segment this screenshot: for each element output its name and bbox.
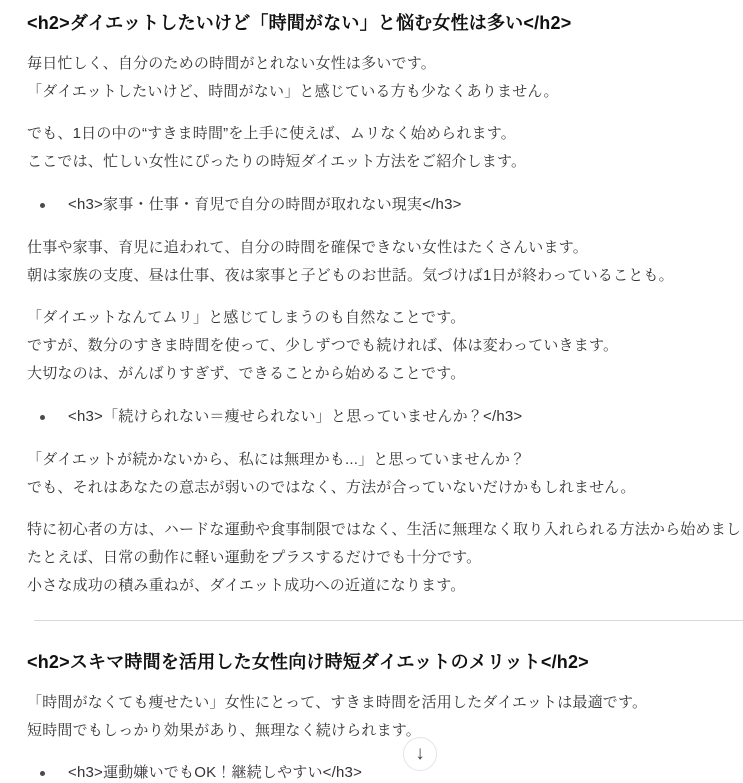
text-line: 「ダイエットなんてムリ」と感じてしまうのも自然なことです。 bbox=[27, 304, 715, 332]
paragraph: 「時間がなくても痩せたい」女性にとって、すきま時間を活用したダイエットは最適です… bbox=[27, 689, 715, 745]
text-line: 短時間でもしっかり効果があり、無理なく続けられます。 bbox=[27, 717, 715, 745]
h3-bullet-item: <h3>「続けられない＝痩せられない」と思っていませんか？</h3> bbox=[27, 403, 715, 431]
down-arrow-icon: ↓ bbox=[415, 744, 425, 763]
text-line: 小さな成功の積み重ねが、ダイエット成功への近道になります。 bbox=[27, 572, 715, 600]
section-divider bbox=[34, 620, 743, 621]
text-line: 朝は家族の支度、昼は仕事、夜は家事と子どものお世話。気づけば1日が終わっているこ… bbox=[27, 262, 715, 290]
text-line: たとえば、日常の動作に軽い運動をプラスするだけでも十分です。 bbox=[27, 544, 715, 572]
text-line: 「ダイエットしたいけど、時間がない」と感じている方も少なくありません。 bbox=[27, 78, 715, 106]
paragraph: 仕事や家事、育児に追われて、自分の時間を確保できない女性はたくさんいます。 朝は… bbox=[27, 234, 715, 290]
text-line: 「時間がなくても痩せたい」女性にとって、すきま時間を活用したダイエットは最適です… bbox=[27, 689, 715, 717]
h3-bullet-list: <h3>運動嫌いでもOK！継続しやすい</h3> bbox=[27, 759, 715, 783]
h3-bullet-list: <h3>家事・仕事・育児で自分の時間が取れない現実</h3> bbox=[27, 191, 715, 219]
article-document: <h2>ダイエットしたいけど「時間がない」と悩む女性は多い</h2> 毎日忙しく… bbox=[0, 0, 743, 783]
h3-bullet-item: <h3>運動嫌いでもOK！継続しやすい</h3> bbox=[27, 759, 715, 783]
section-heading-1: <h2>ダイエットしたいけど「時間がない」と悩む女性は多い</h2> bbox=[27, 10, 715, 36]
text-line: 毎日忙しく、自分のための時間がとれない女性は多いです。 bbox=[27, 50, 715, 78]
text-line: ここでは、忙しい女性にぴったりの時短ダイエット方法をご紹介します。 bbox=[27, 148, 715, 176]
h3-bullet-list: <h3>「続けられない＝痩せられない」と思っていませんか？</h3> bbox=[27, 403, 715, 431]
text-line: 大切なのは、がんばりすぎず、できることから始めることです。 bbox=[27, 360, 715, 388]
scroll-down-button[interactable]: ↓ bbox=[403, 737, 437, 771]
paragraph: 特に初心者の方は、ハードな運動や食事制限ではなく、生活に無理なく取り入れられる方… bbox=[27, 516, 715, 600]
h3-bullet-item: <h3>家事・仕事・育児で自分の時間が取れない現実</h3> bbox=[27, 191, 715, 219]
text-line: 特に初心者の方は、ハードな運動や食事制限ではなく、生活に無理なく取り入れられる方… bbox=[27, 516, 715, 544]
paragraph: でも、1日の中の“すきま時間”を上手に使えば、ムリなく始められます。 ここでは、… bbox=[27, 120, 715, 176]
paragraph: 「ダイエットが続かないから、私には無理かも...」と思っていませんか？ でも、そ… bbox=[27, 446, 715, 502]
paragraph: 毎日忙しく、自分のための時間がとれない女性は多いです。 「ダイエットしたいけど、… bbox=[27, 50, 715, 106]
text-line: ですが、数分のすきま時間を使って、少しずつでも続ければ、体は変わっていきます。 bbox=[27, 332, 715, 360]
text-line: 「ダイエットが続かないから、私には無理かも...」と思っていませんか？ bbox=[27, 446, 715, 474]
section-heading-2: <h2>スキマ時間を活用した女性向け時短ダイエットのメリット</h2> bbox=[27, 649, 715, 675]
paragraph: 「ダイエットなんてムリ」と感じてしまうのも自然なことです。 ですが、数分のすきま… bbox=[27, 304, 715, 388]
text-line: でも、1日の中の“すきま時間”を上手に使えば、ムリなく始められます。 bbox=[27, 120, 715, 148]
text-line: 仕事や家事、育児に追われて、自分の時間を確保できない女性はたくさんいます。 bbox=[27, 234, 715, 262]
text-line: でも、それはあなたの意志が弱いのではなく、方法が合っていないだけかもしれません。 bbox=[27, 474, 715, 502]
